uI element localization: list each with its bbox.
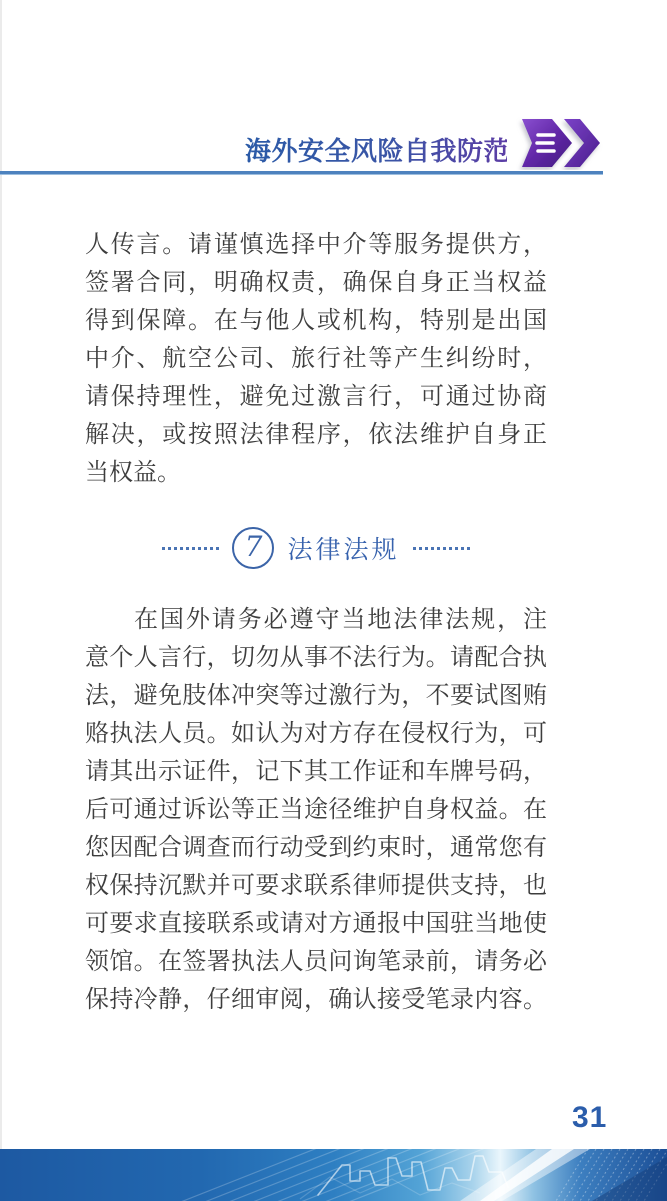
text-line: 意个人言行，切勿从事不法行为。请配合执 [85,639,547,677]
text-line: 赂执法人员。如认为对方存在侵权行为，可 [85,715,547,753]
text-line: 人传言。请谨慎选择中介等服务提供方， [85,226,547,264]
text-line: 法，避免肢体冲突等过激行为，不要试图贿 [85,677,547,715]
text-line: 得到保障。在与他人或机构，特别是出国 [85,302,547,340]
dotted-rule-left-icon [162,547,219,550]
section-title: 法律法规 [287,530,399,566]
section-heading: 7 法律法规 [85,524,547,572]
page-number: 31 [572,1101,607,1135]
dotted-rule-right-icon [413,547,470,550]
page-header-title: 海外安全风险自我防范 [245,131,507,163]
paragraph-1: 人传言。请谨慎选择中介等服务提供方， 签署合同，明确权责，确保自身正当权益 得到… [85,226,547,492]
section-number-badge: 7 [232,527,274,569]
text-line: 在国外请务必遵守当地法律法规，注 [85,601,547,639]
text-line: 可要求直接联系或请对方通报中国驻当地使 [85,905,547,943]
footer-decoration-band [0,1149,667,1201]
booklet-page: 海外安全风险自我防范 人传言。请谨 [0,0,667,1201]
text-line: 权保持沉默并可要求联系律师提供支持，也 [85,867,547,905]
text-line: 签署合同，明确权责，确保自身正当权益 [85,264,547,302]
text-line: 请其出示证件，记下其工作证和车牌号码， [85,753,547,791]
list-chevrons-icon [516,116,616,170]
text-line: 当权益。 [85,454,547,492]
header-divider-rule [0,171,603,175]
paragraph-2: 在国外请务必遵守当地法律法规，注 意个人言行，切勿从事不法行为。请配合执 法，避… [85,601,547,1019]
text-line: 请保持理性，避免过激言行，可通过协商 [85,378,547,416]
text-line: 中介、航空公司、旅行社等产生纠纷时， [85,340,547,378]
text-line: 保持冷静，仔细审阅，确认接受笔录内容。 [85,981,547,1019]
text-line: 解决，或按照法律程序，依法维护自身正 [85,416,547,454]
text-line: 您因配合调查而行动受到约束时，通常您有 [85,829,547,867]
text-line: 后可通过诉讼等正当途径维护自身权益。在 [85,791,547,829]
text-line: 领馆。在签署执法人员问询笔录前，请务必 [85,943,547,981]
